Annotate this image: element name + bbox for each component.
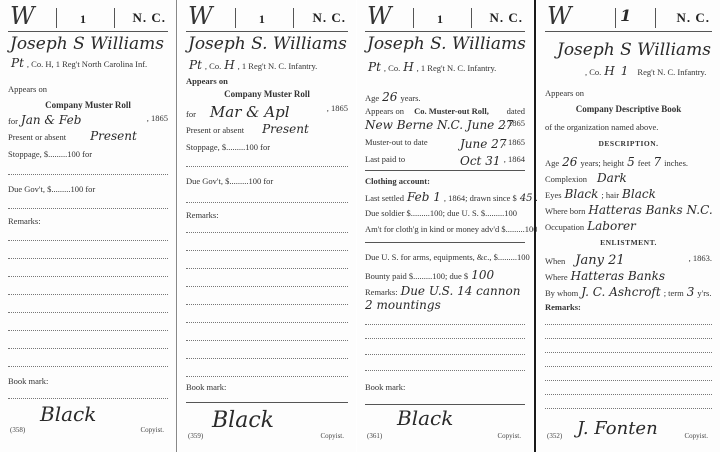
header-state: N. C. <box>489 10 523 26</box>
muster-out-label: Muster-out to date <box>365 137 428 147</box>
enlistment-heading: ENLISTMENT. <box>545 238 712 247</box>
muster-out-line: Muster-out to dateJune 27, 1865 <box>365 137 525 147</box>
appears-on-line: Appears on Co. Muster-out Roll, dated <box>365 106 525 116</box>
last-settled-label: Last settled <box>365 193 404 203</box>
last-paid-label: Last paid to <box>365 154 405 164</box>
age-line: Age26years. <box>365 90 525 104</box>
rank: Pt <box>189 58 202 72</box>
copyist-signature: Black <box>212 408 274 433</box>
description-heading: DESCRIPTION. <box>545 139 712 148</box>
header-regiment: 1 <box>259 12 265 27</box>
occupation-label: Occupation <box>545 222 584 232</box>
when-label: When <box>545 256 565 266</box>
due-us-arms-line: Due U. S. for arms, equipments, &c., $..… <box>365 252 525 262</box>
age-height-line: Age26years; height5feet7inches. <box>545 155 712 169</box>
present-line: Present or absentPresent <box>186 122 348 136</box>
complexion-line: ComplexionDark <box>545 171 712 185</box>
rank: Pt <box>11 56 24 70</box>
eyes-value: Black <box>565 187 599 201</box>
remarks-label: Remarks: <box>8 216 168 226</box>
due-soldier-line: Due soldier $.........100; due U. S. $..… <box>365 208 525 218</box>
when-line: WhenJany 21, 1863. <box>545 253 712 268</box>
card-header: W 1 N. C. <box>545 6 712 32</box>
term-label: ; term <box>664 288 684 298</box>
card-header: W 1 N. C. <box>365 6 525 32</box>
where-value: Hatteras Banks <box>571 269 665 283</box>
for-label: for <box>186 109 196 119</box>
born-line: Where bornHatteras Banks N.C. <box>545 203 712 217</box>
remarks-line-2: 2 mountings <box>365 298 525 312</box>
remarks-value-2: 2 mountings <box>365 298 441 312</box>
eyes-label: Eyes <box>545 190 562 200</box>
unit-line: , Co.H1Reg't N. C. Infantry. <box>545 64 712 78</box>
muster-out-year: , 1865 <box>504 137 525 147</box>
book-mark: Book mark: <box>8 376 168 386</box>
header-regiment: 1 <box>80 12 86 27</box>
soldier-name: Joseph S Williams <box>10 34 164 54</box>
last-paid-line: Last paid toOct 31, 1864 <box>365 154 525 164</box>
copyist-signature: Black <box>40 402 96 426</box>
header-regiment: 1 <box>620 6 631 25</box>
remarks-line: Remarks:Due U.S. 14 cannon <box>365 284 525 298</box>
by-whom-label: By whom <box>545 288 578 298</box>
muster-out-value: June 27 <box>460 137 506 151</box>
header-regiment: 1 <box>437 12 443 27</box>
copyist-label: Copyist. <box>684 432 708 440</box>
height-label: years; height <box>580 158 624 168</box>
last-paid-value: Oct 31 <box>460 154 500 168</box>
term-value: 3 <box>687 285 695 299</box>
due-govt-line: Due Gov't, $.........100 for <box>8 184 168 194</box>
bounty-label: Bounty paid $.........100; due $ <box>365 271 468 281</box>
for-label: for <box>8 116 18 126</box>
age-suffix: years. <box>400 93 420 103</box>
header-initial: W <box>547 2 572 30</box>
clothing-label: Clothing account: <box>365 176 525 186</box>
card-header: W 1 N. C. <box>186 6 348 32</box>
age-value: 26 <box>562 155 577 169</box>
record-type: Company Muster Roll <box>8 100 168 110</box>
remarks-label: Remarks: <box>545 302 712 312</box>
company: H <box>604 64 614 78</box>
for-line: forMar & Apl, 1865 <box>186 103 348 121</box>
header-state: N. C. <box>676 10 710 26</box>
unit-line: Pt, Co.H, 1 Reg't N. C. Infantry. <box>365 60 525 74</box>
present-label: Present or absent <box>186 125 244 135</box>
header-initial: W <box>10 2 35 30</box>
by-whom-line: By whomJ. C. Ashcroft; term3y'rs. <box>545 285 712 299</box>
stoppage-line: Stoppage, $.........100 for <box>186 142 348 152</box>
year: , 1865 <box>327 103 348 113</box>
soldier-name: Joseph S. Williams <box>367 34 526 54</box>
appears-on: Appears on <box>545 88 712 98</box>
unit-text: , 1 Reg't N. C. Infantry. <box>238 61 318 71</box>
unit-line: Pt, Co. H, 1 Reg't North Carolina Inf. <box>8 56 168 70</box>
last-settled-value: Feb 1 <box>407 190 441 204</box>
for-line: forJan & Feb, 1865 <box>8 113 168 127</box>
appears-on: Appears on <box>186 76 348 86</box>
hair-label: ; hair <box>601 190 619 200</box>
remarks-value-1: Due U.S. 14 cannon <box>401 284 521 298</box>
card-number: (358) <box>10 426 25 434</box>
soldier-name: Joseph S. Williams <box>188 34 347 54</box>
card-number: (359) <box>188 432 203 440</box>
rank: Pt <box>368 60 381 74</box>
feet-label: feet <box>638 158 651 168</box>
for-value: Jan & Feb <box>21 113 81 127</box>
header-initial: W <box>188 2 213 30</box>
header-state: N. C. <box>132 10 166 26</box>
born-label: Where born <box>545 206 585 216</box>
unit-text: , 1 Reg't N. C. Infantry. <box>417 63 497 73</box>
when-value: Jany 21 <box>575 253 624 268</box>
where-label: Where <box>545 272 568 282</box>
present-value: Present <box>90 129 137 143</box>
record-type: Company Muster Roll <box>186 89 348 99</box>
year: , 1865 <box>147 113 168 123</box>
book-mark: Book mark: <box>365 382 525 392</box>
term-suffix: y'rs. <box>697 288 711 298</box>
bounty-line: Bounty paid $.........100; due $100 <box>365 268 525 282</box>
card-number: (352) <box>547 432 562 440</box>
appears-on: Appears on <box>8 84 168 94</box>
complexion-value: Dark <box>597 171 627 185</box>
copyist-label: Copyist. <box>497 432 521 440</box>
company: H <box>224 58 234 72</box>
last-paid-year: , 1864 <box>504 154 525 164</box>
soldier-name: Joseph S Williams <box>557 40 711 60</box>
present-value: Present <box>262 122 309 136</box>
eyes-hair-line: EyesBlack; hairBlack <box>545 187 712 201</box>
due-govt-line: Due Gov't, $.........100 for <box>186 176 348 186</box>
remarks-label: Remarks: <box>186 210 348 220</box>
present-label: Present or absent <box>8 132 66 142</box>
copyist-signature: J. Fonten <box>577 418 658 439</box>
card-descriptive-book: W 1 N. C. Joseph S Williams , Co.H1Reg't… <box>537 0 720 452</box>
stoppage-line: Stoppage, $.........100 for <box>8 149 168 159</box>
header-state: N. C. <box>312 10 346 26</box>
inches-label: inches. <box>664 158 688 168</box>
org-line: of the organization named above. <box>545 122 712 132</box>
complexion-label: Complexion <box>545 174 587 184</box>
copyist-label: Copyist. <box>320 432 344 440</box>
amt-clothing-line: Am't for cloth'g in kind or money adv'd … <box>365 224 525 234</box>
dated-value: New Berne N.C. June 27 <box>365 118 513 132</box>
card-header: W 1 N. C. <box>8 6 168 32</box>
company: H <box>403 60 413 74</box>
occupation-line: OccupationLaborer <box>545 219 712 233</box>
record-type: Company Descriptive Book <box>545 104 712 114</box>
last-settled-year: , 1864; drawn since $ <box>444 193 517 203</box>
record-type: Co. Muster-out Roll, <box>414 106 489 116</box>
hair-value: Black <box>622 187 656 201</box>
header-initial: W <box>367 2 392 30</box>
company-num: 1 <box>621 64 629 78</box>
by-whom-value: J. C. Ashcroft <box>581 285 660 299</box>
height-in: 7 <box>654 155 662 169</box>
unit-line: Pt, Co.H, 1 Reg't N. C. Infantry. <box>186 58 348 72</box>
last-settled-line: Last settledFeb 1, 1864; drawn since $45… <box>365 190 525 204</box>
copyist-signature: Black <box>397 406 453 430</box>
copyist-label: Copyist. <box>140 426 164 434</box>
where-line: WhereHatteras Banks <box>545 269 712 283</box>
appears-on: Appears on <box>365 106 404 116</box>
age-label: Age <box>545 158 559 168</box>
unit-text: Reg't N. C. Infantry. <box>637 67 706 77</box>
card-muster-out-roll: W 1 N. C. Joseph S. Williams Pt, Co.H, 1… <box>357 0 533 452</box>
for-value: Mar & Apl <box>210 103 290 121</box>
height-ft: 5 <box>627 155 635 169</box>
book-mark: Book mark: <box>186 382 348 392</box>
occupation-value: Laborer <box>587 219 636 233</box>
bounty-value: 100 <box>471 268 494 282</box>
age-value: 26 <box>382 90 397 104</box>
dated-line: New Berne N.C. June 27, 1865 <box>365 118 525 132</box>
born-value: Hatteras Banks N.C. <box>588 203 712 217</box>
remarks-label: Remarks: <box>365 287 398 297</box>
present-line: Present or absentPresent <box>8 129 168 143</box>
unit-text: , Co. H, 1 Reg't North Carolina Inf. <box>27 59 147 69</box>
dated-year: , 1865 <box>504 118 525 128</box>
age-label: Age <box>365 93 379 103</box>
card-muster-roll-jan-feb: W 1 N. C. Joseph S Williams Pt, Co. H, 1… <box>0 0 176 452</box>
card-muster-roll-mar-apr: W 1 N. C. Joseph S. Williams Pt, Co.H, 1… <box>178 0 356 452</box>
dated-label: dated <box>507 106 525 116</box>
when-year: , 1863. <box>689 253 712 263</box>
card-number: (361) <box>367 432 382 440</box>
